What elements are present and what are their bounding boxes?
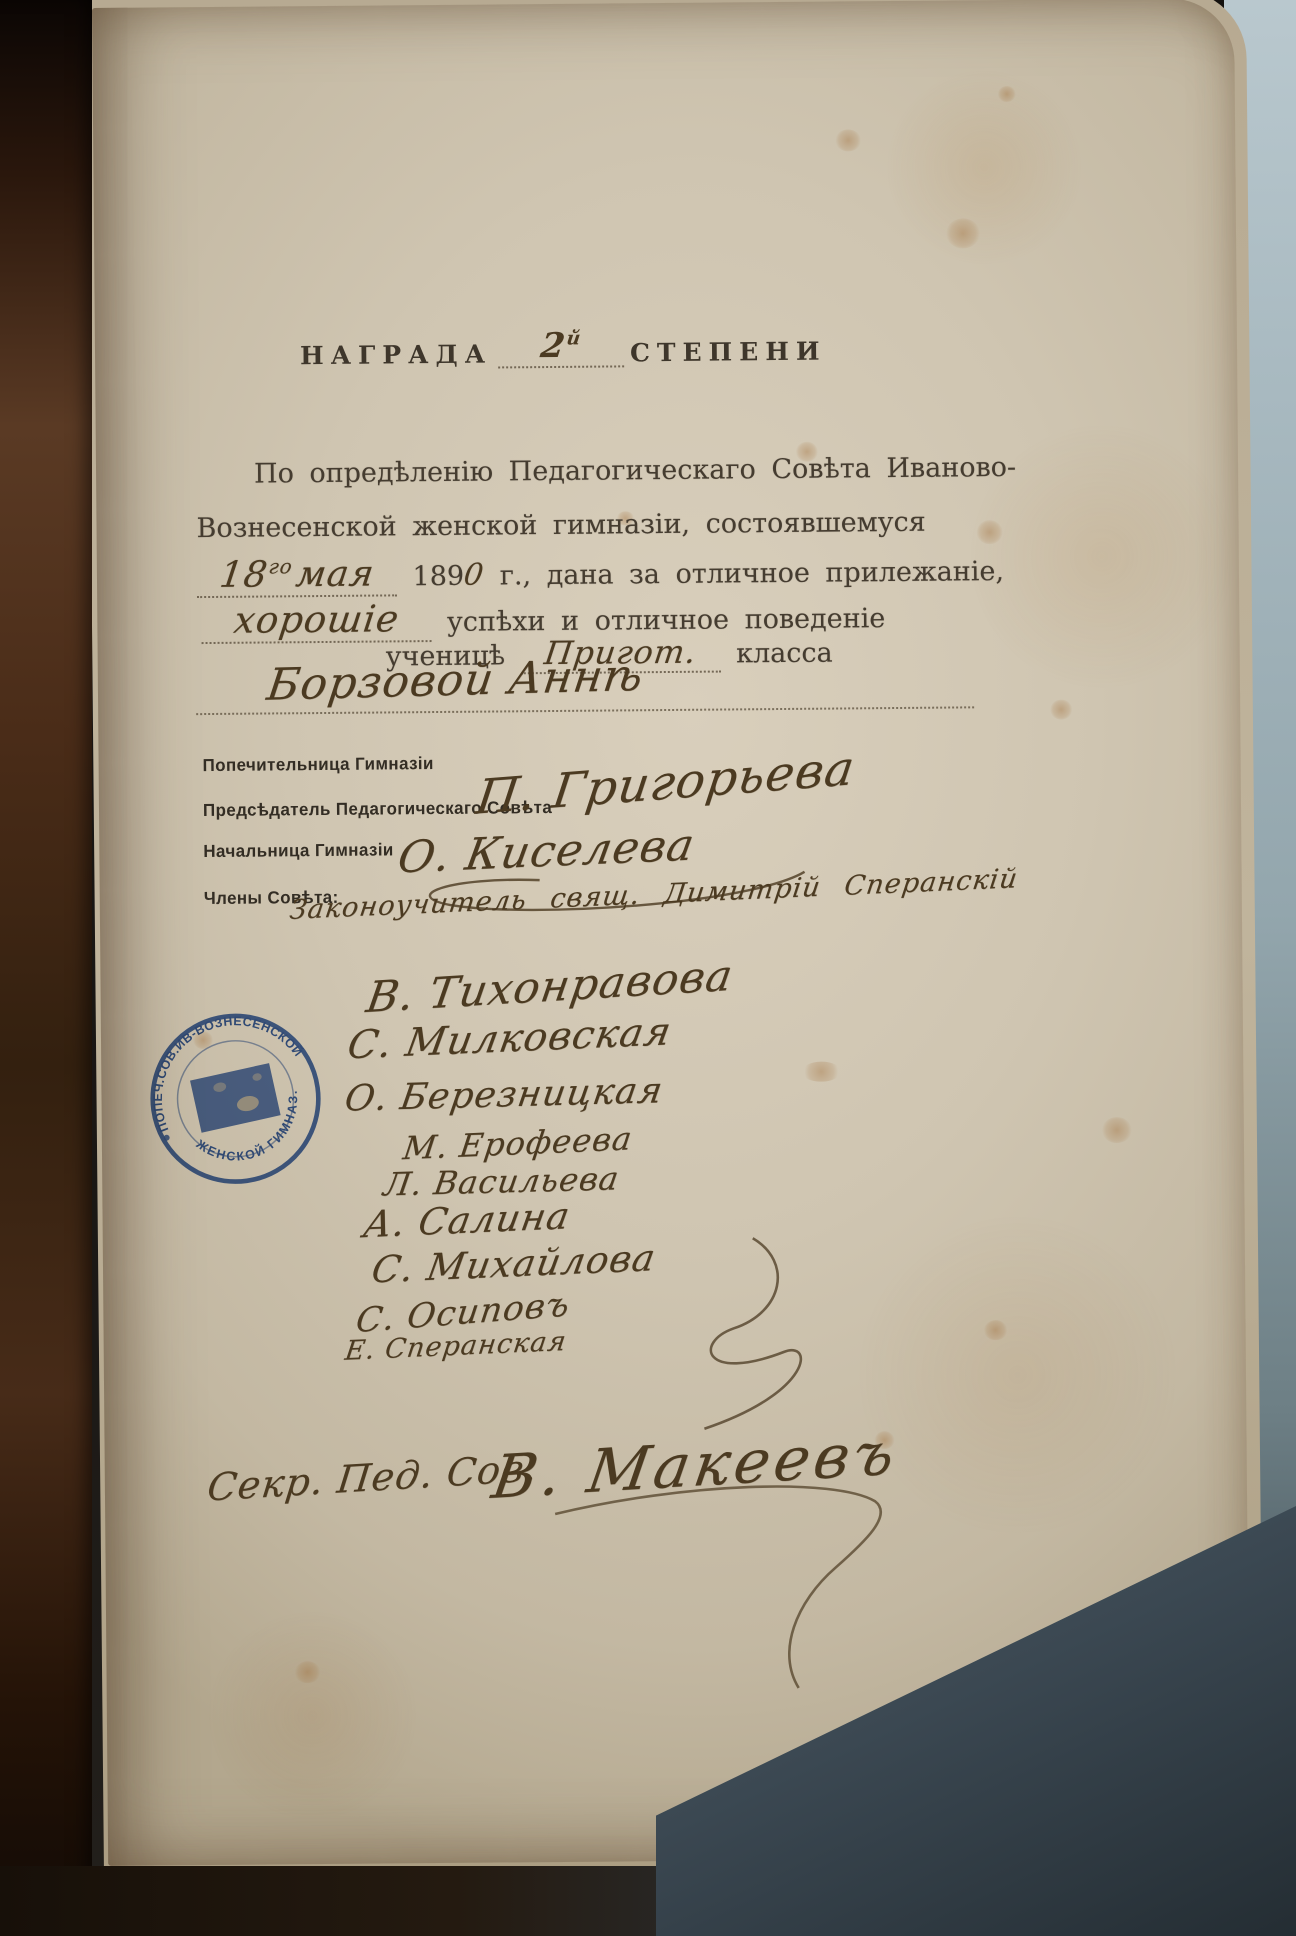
pupil-name-handwritten: Борзовой Аннѣ (264, 650, 647, 711)
member-signature: В. Тихонравова (363, 951, 736, 1023)
age-spot (1050, 699, 1072, 719)
body-line-3-rest: г., дана за отличное прилежаніе, (500, 556, 1004, 591)
official-label-headmistress: Начальница Гимназіи (203, 839, 394, 862)
member-signature: А. Салина (360, 1194, 573, 1246)
official-label-trustee: Попечительница Гимназіи (203, 753, 434, 776)
body-line-3: 18го мая 1890 г., дана за отличное приле… (197, 548, 1004, 598)
stamp-center-emblem (190, 1063, 281, 1133)
member-signature: С. Михайлова (368, 1236, 659, 1291)
age-spot (1102, 1117, 1132, 1143)
signature-headmistress: О. Киселева (394, 820, 699, 884)
body-line-1: По опредѣленію Педагогическаго Совѣта Ив… (254, 452, 1016, 490)
age-spot (801, 1062, 841, 1082)
grade-handwritten: хорошіе (231, 597, 402, 641)
age-spot (983, 1320, 1007, 1340)
signature-flourish (535, 1471, 897, 1724)
age-spot (998, 86, 1016, 102)
photo-of-certificate: НАГРАДА 2й СТЕПЕНИ По опредѣленію Педаго… (0, 0, 1296, 1936)
award-title-left: НАГРАДА (300, 340, 492, 371)
member-signature: О. Березницкая (342, 1070, 666, 1119)
certificate-page: НАГРАДА 2й СТЕПЕНИ По опредѣленію Педаго… (92, 0, 1250, 1866)
book-cover-edge (0, 0, 92, 1936)
year-printed: 189 (412, 561, 464, 592)
age-spot (946, 218, 980, 248)
age-spot (835, 129, 861, 151)
date-handwritten: 18го мая (217, 554, 377, 596)
year-handwritten: 0 (462, 558, 487, 593)
body-line-2: Вознесенской женской гимназіи, состоявше… (196, 507, 925, 544)
date-blank: 18го мая (197, 553, 397, 598)
degree-handwritten: 2й (539, 326, 584, 366)
award-title-right: СТЕПЕНИ (630, 337, 827, 368)
degree-blank: 2й (498, 325, 624, 368)
award-title-line: НАГРАДА 2й СТЕПЕНИ (300, 324, 827, 371)
signature-chairman: П. Григорьева (473, 740, 859, 825)
gymnasium-round-stamp: ПОПЕЧ.СОВ.ИВ-ВОЗНЕСЕНСКОЙ ЖЕНСКОЙ ГИМНАЗ… (110, 973, 361, 1224)
age-spot (294, 1661, 320, 1683)
age-spot (977, 520, 1003, 544)
signature-flourish (663, 1232, 825, 1433)
secretary-signature: В. Макеевъ (488, 1419, 904, 1514)
